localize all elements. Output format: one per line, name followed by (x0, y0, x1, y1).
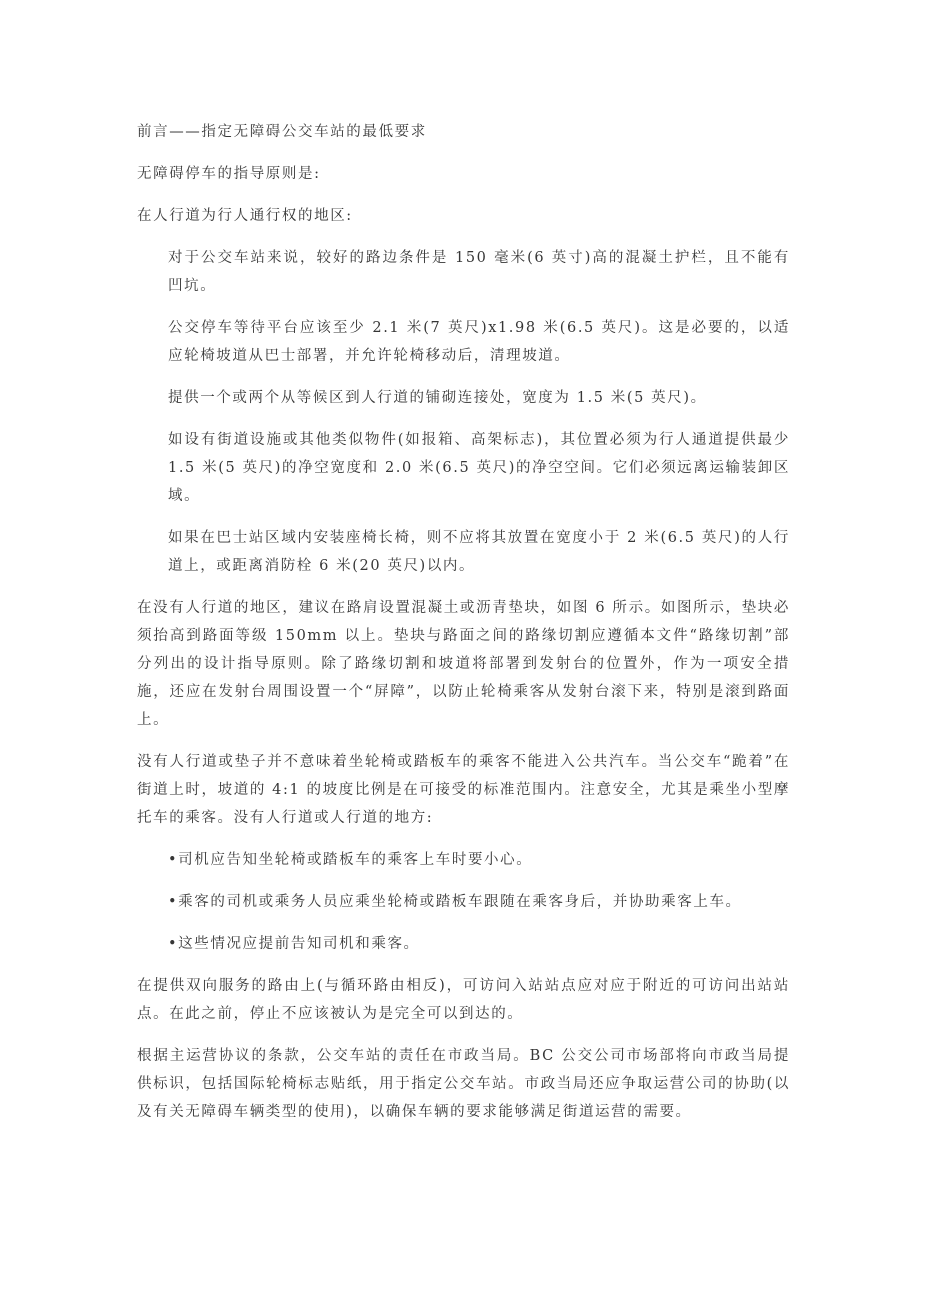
paragraph-kneeling-bus: 没有人行道或垫子并不意味着坐轮椅或踏板车的乘客不能进入公共汽车。当公交车“跪着”… (137, 748, 790, 832)
paragraph-operating-agreement: 根据主运营协议的条款，公交车站的责任在市政当局。BC 公交公司市场部将向市政当局… (137, 1042, 790, 1126)
paragraph-bench-placement: 如果在巴士站区域内安装座椅长椅，则不应将其放置在宽度小于 2 米(6.5 英尺)… (168, 524, 790, 580)
document-page: 前言——指定无障碍公交车站的最低要求 无障碍停车的指导原则是: 在人行道为行人通… (0, 0, 926, 1309)
paragraph-paved-connection: 提供一个或两个从等候区到人行道的铺砌连接处，宽度为 1.5 米(5 英尺)。 (168, 384, 790, 412)
paragraph-two-way-routes: 在提供双向服务的路由上(与循环路由相反)，可访问入站站点应对应于附近的可访问出站… (137, 972, 790, 1028)
paragraph-no-sidewalk-pads: 在没有人行道的地区，建议在路肩设置混凝土或沥青垫块，如图 6 所示。如图所示，垫… (137, 594, 790, 734)
paragraph-guiding-principles: 无障碍停车的指导原则是: (137, 160, 790, 188)
paragraph-street-furniture: 如设有街道设施或其他类似物件(如报箱、高架标志)，其位置必须为行人通道提供最少 … (168, 426, 790, 510)
page-title: 前言——指定无障碍公交车站的最低要求 (137, 118, 790, 146)
bullet-attendant-assist: •乘客的司机或乘务人员应乘坐轮椅或踏板车跟随在乘客身后，并协助乘客上车。 (168, 888, 790, 916)
paragraph-sidewalk-areas-heading: 在人行道为行人通行权的地区: (137, 202, 790, 230)
bullet-advance-notice: •这些情况应提前告知司机和乘客。 (168, 930, 790, 958)
paragraph-waiting-platform: 公交停车等待平台应该至少 2.1 米(7 英尺)x1.98 米(6.5 英尺)。… (168, 314, 790, 370)
bullet-driver-caution: •司机应告知坐轮椅或踏板车的乘客上车时要小心。 (168, 846, 790, 874)
paragraph-curb-condition: 对于公交车站来说，较好的路边条件是 150 毫米(6 英寸)高的混凝土护栏，且不… (168, 244, 790, 300)
